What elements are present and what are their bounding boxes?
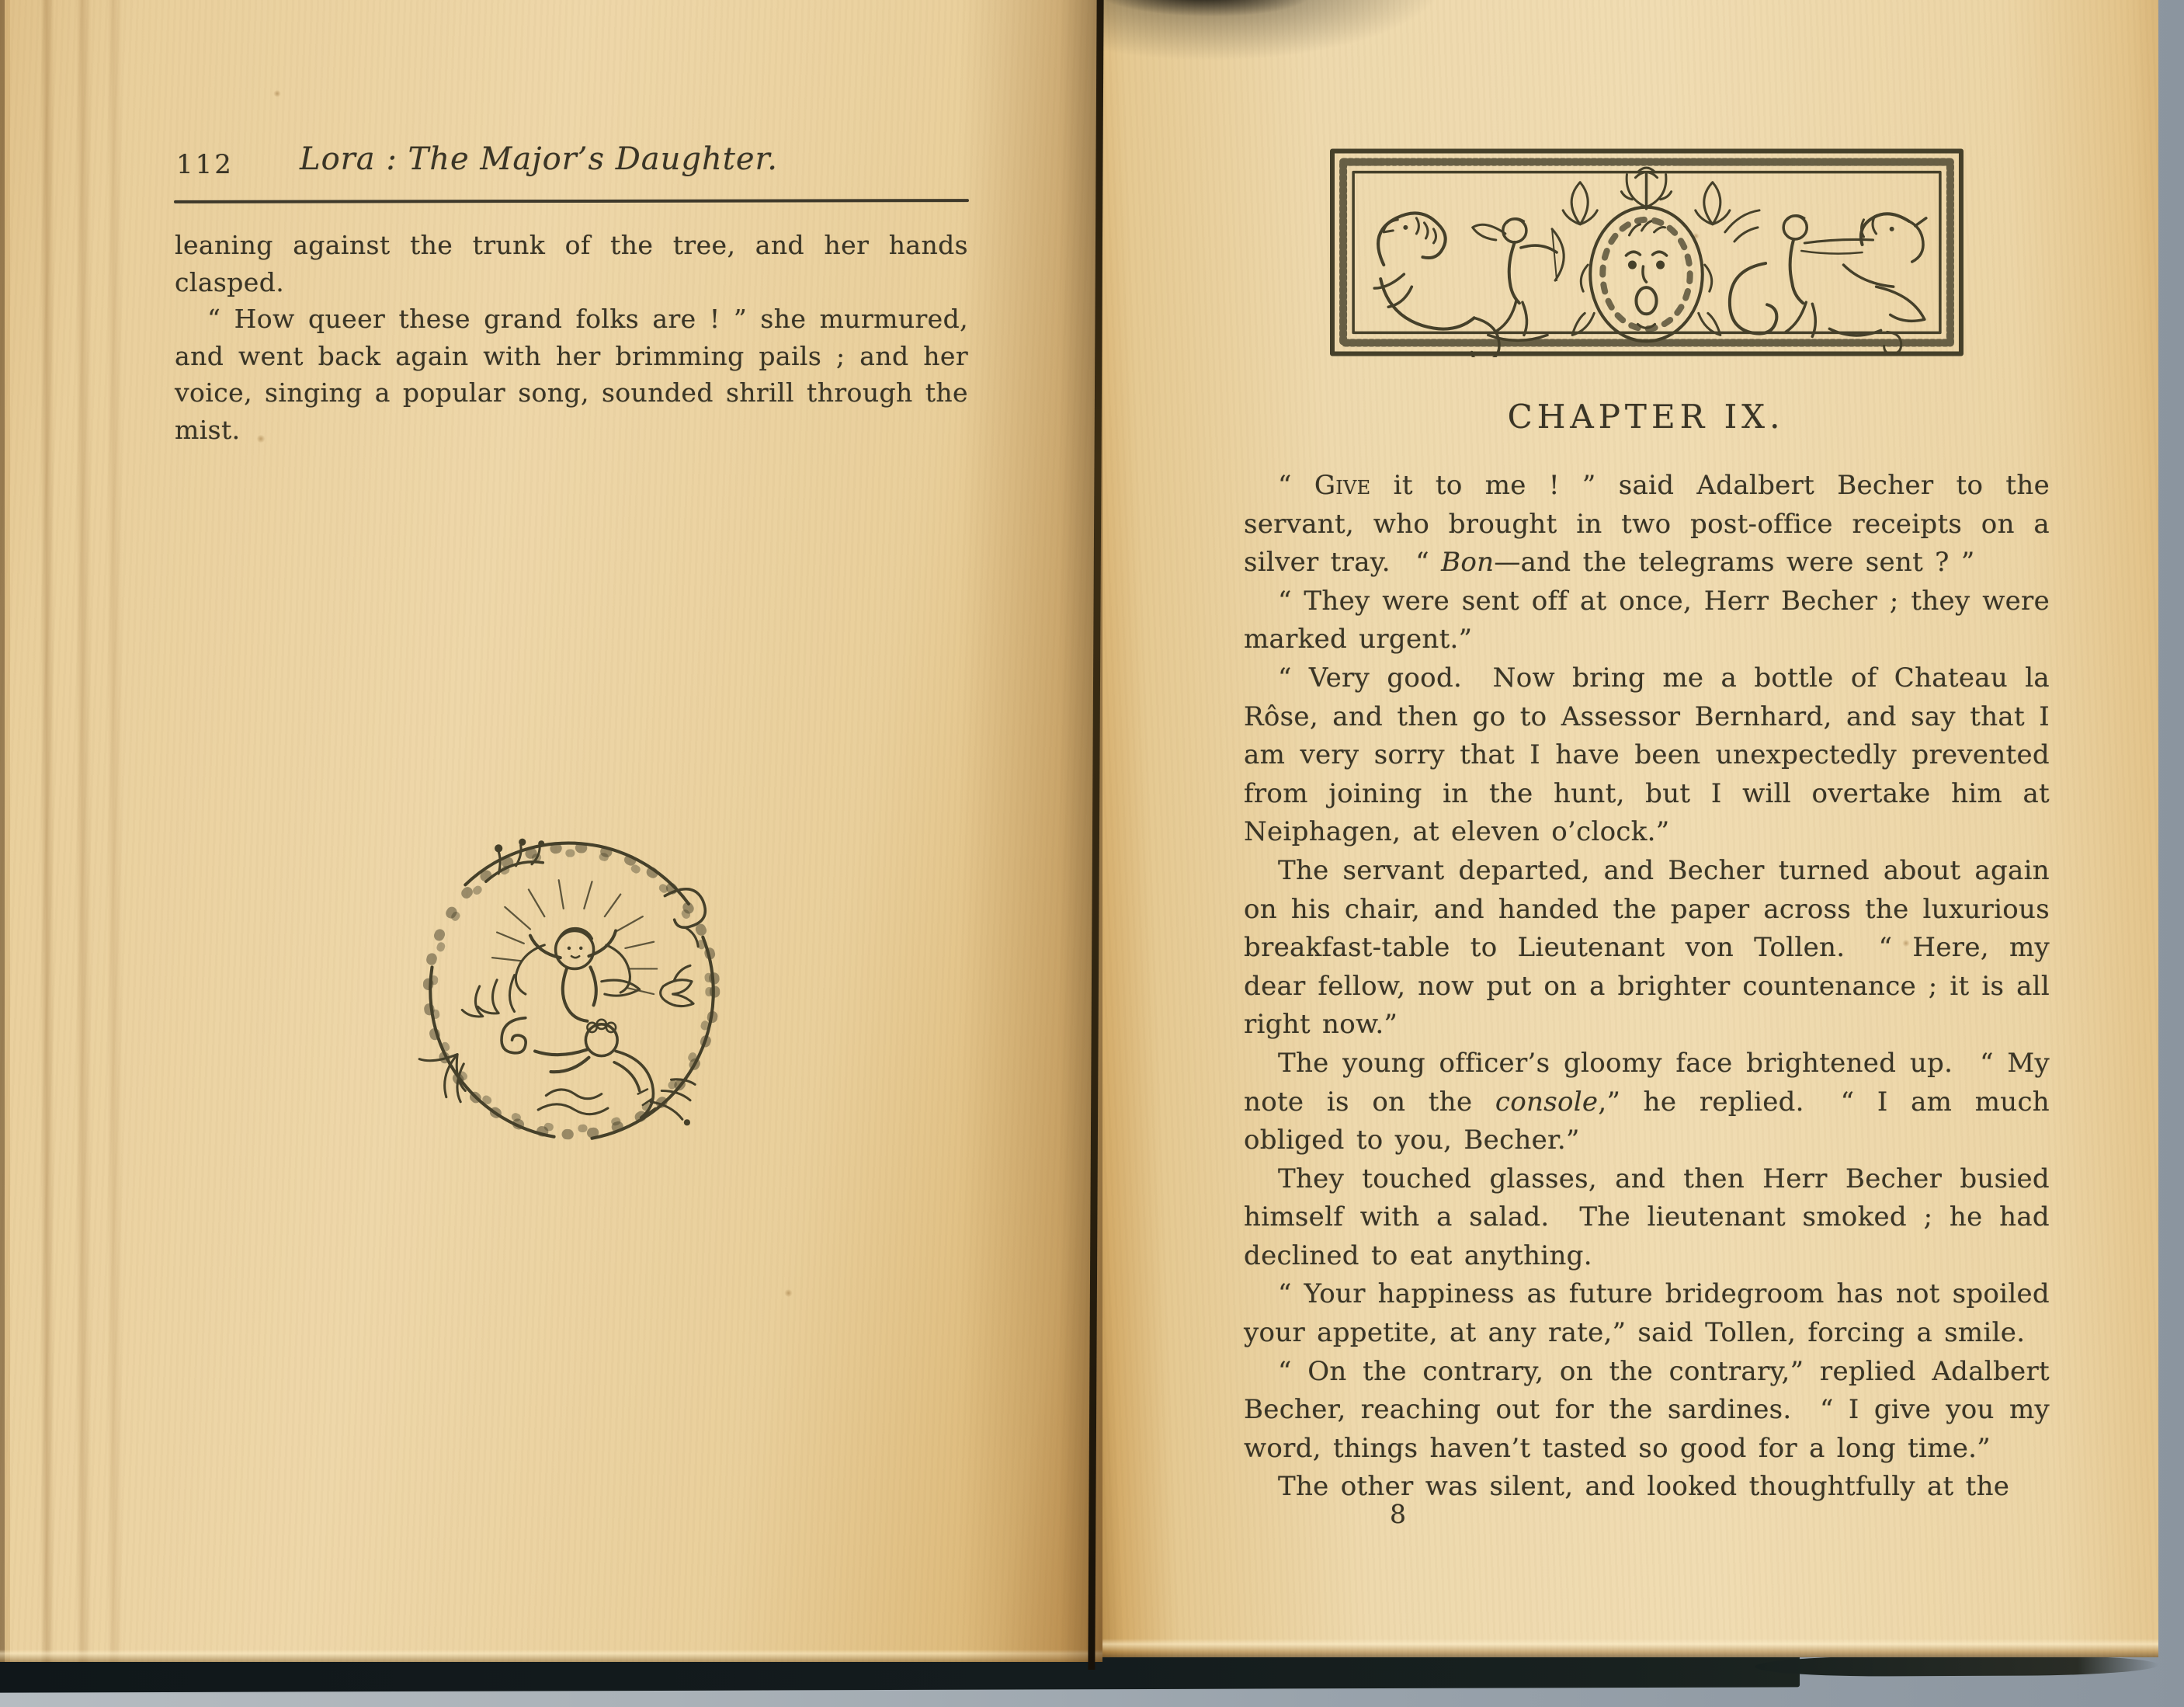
paragraph: They touched glasses, and then Herr Bech… — [1244, 1160, 2050, 1276]
running-title: Lora : The Major’s Daughter. — [142, 141, 936, 177]
paragraph: “ Your happiness as future bridegroom ha… — [1244, 1275, 2050, 1352]
paragraph: “ Give it to me ! ” said Adalbert Becher… — [1244, 467, 2050, 582]
paragraph: The servant departed, and Becher turned … — [1244, 852, 2050, 1045]
paragraph: “ How queer these grand folks are ! ” sh… — [175, 301, 968, 448]
book-scan: 112 Lora : The Major’s Daughter. leaning… — [0, 0, 2184, 1707]
book-cover-shadow — [1755, 1655, 2158, 1677]
page-edges-right — [2158, 0, 2184, 1670]
paragraph: “ Very good. Now bring me a bottle of Ch… — [1244, 659, 2050, 852]
chapter-heading: CHAPTER IX. — [1242, 398, 2050, 436]
paper-speck — [784, 1289, 793, 1297]
cherub-wreath-vignette-icon — [413, 833, 730, 1149]
paragraph: The young officer’s gloomy face brighten… — [1244, 1045, 2050, 1160]
paragraph: The other was silent, and looked thought… — [1244, 1468, 2050, 1507]
paper-speck — [273, 90, 281, 97]
paragraph: “ On the contrary, on the contrary,” rep… — [1244, 1353, 2050, 1469]
chapter-head-ornament-icon — [1329, 148, 1964, 357]
left-page-header: 112 Lora : The Major’s Daughter. — [175, 141, 968, 185]
paragraph: “ They were sent off at once, Herr Beche… — [1244, 582, 2050, 659]
right-page-text: “ Give it to me ! ” said Adalbert Becher… — [1244, 467, 2050, 1507]
paragraph: leaning against the trunk of the tree, a… — [175, 227, 968, 301]
gutter-shadow — [959, 0, 1102, 1662]
signature-mark: 8 — [1390, 1499, 1406, 1529]
left-page-text: leaning against the trunk of the tree, a… — [175, 227, 968, 448]
